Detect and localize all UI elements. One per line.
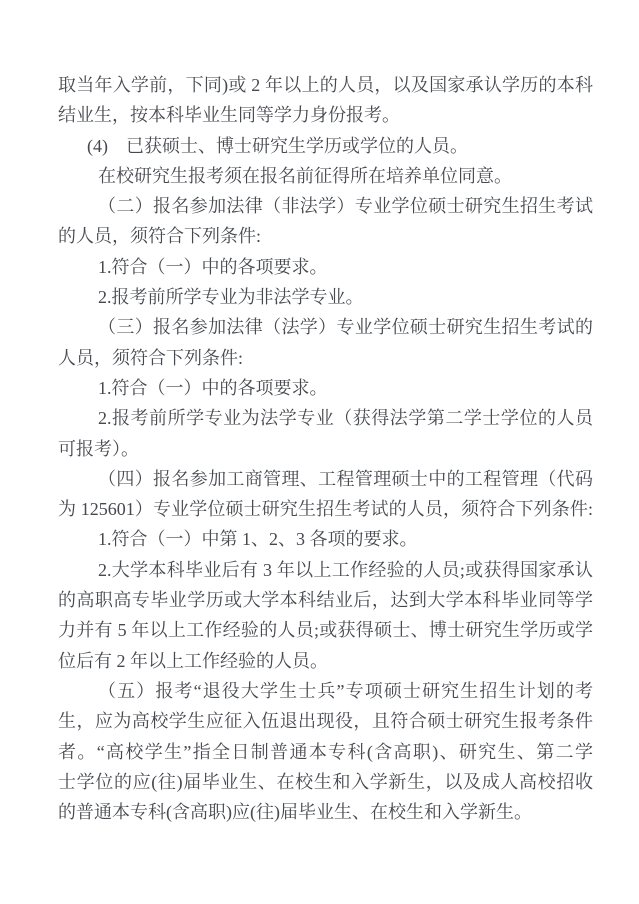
text-line: 在校研究生报考须在报名前征得所在培养单位同意。: [58, 161, 593, 191]
text-line: 2.报考前所学专业为非法学专业。: [58, 282, 593, 312]
text-line: (4) 已获硕士、博士研究生学历或学位的人员。: [58, 131, 593, 161]
text-line: 力并有 5 年以上工作经验的人员;或获得硕士、博士研究生学历或学: [58, 615, 593, 645]
document-text-block: 取当年入学前，下同)或 2 年以上的人员，以及国家承认学历的本科 结业生，按本科…: [58, 70, 593, 827]
text-line: （五）报考“退役大学生士兵”专项硕士研究生招生计划的考: [58, 676, 593, 706]
text-line: 2.大学本科毕业后有 3 年以上工作经验的人员;或获得国家承认: [58, 555, 593, 585]
document-page: 取当年入学前，下同)或 2 年以上的人员，以及国家承认学历的本科 结业生，按本科…: [0, 0, 639, 904]
text-line: 结业生，按本科毕业生同等学力身份报考。: [58, 100, 593, 130]
text-line: 的人员，须符合下列条件:: [58, 221, 593, 251]
text-line: 生，应为高校学生应征入伍退出现役，且符合硕士研究生报考条件: [58, 706, 593, 736]
text-line: 士学位的应(往)届毕业生、在校生和入学新生，以及成人高校招收: [58, 767, 593, 797]
text-line: 的高职高专毕业学历或大学本科结业后，达到大学本科毕业同等学: [58, 585, 593, 615]
text-line: 1.符合（一）中的各项要求。: [58, 373, 593, 403]
text-line: （四）报名参加工商管理、工程管理硕士中的工程管理（代码: [58, 464, 593, 494]
text-line: 可报考）。: [58, 434, 593, 464]
text-line: 位后有 2 年以上工作经验的人员。: [58, 646, 593, 676]
text-line: 人员，须符合下列条件:: [58, 343, 593, 373]
text-line: 为 125601）专业学位硕士研究生招生考试的人员，须符合下列条件:: [58, 494, 593, 524]
text-line: 取当年入学前，下同)或 2 年以上的人员，以及国家承认学历的本科: [58, 70, 593, 100]
text-line: 1.符合（一）中第 1、2、3 各项的要求。: [58, 524, 593, 554]
text-line: 者。“高校学生”指全日制普通本专科(含高职)、研究生、第二学: [58, 737, 593, 767]
text-line: 的普通本专科(含高职)应(往)届毕业生、在校生和入学新生。: [58, 797, 593, 827]
text-line: （二）报名参加法律（非法学）专业学位硕士研究生招生考试: [58, 191, 593, 221]
text-line: 1.符合（一）中的各项要求。: [58, 252, 593, 282]
text-line: 2.报考前所学专业为法学专业（获得法学第二学士学位的人员: [58, 403, 593, 433]
text-line: （三）报名参加法律（法学）专业学位硕士研究生招生考试的: [58, 312, 593, 342]
